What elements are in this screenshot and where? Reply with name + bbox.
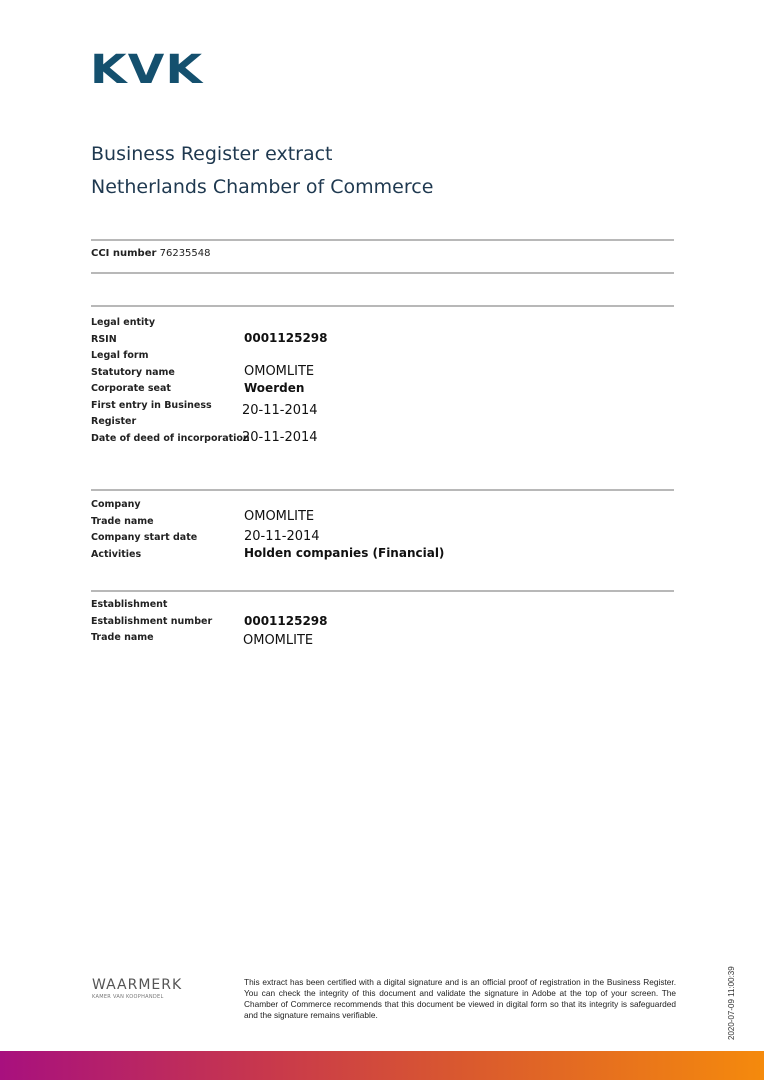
- document-title: Business Register extract: [91, 143, 333, 165]
- establishment-trade-name-value: OMOMLITE: [243, 633, 313, 648]
- company-heading: Company: [91, 499, 141, 511]
- activities-label: Activities: [91, 549, 141, 561]
- rsin-label: RSIN: [91, 334, 117, 346]
- divider: [91, 489, 674, 491]
- waarmerk-logo: WAARMERK: [92, 977, 182, 993]
- cci-value: 76235548: [160, 248, 211, 259]
- certification-disclaimer: This extract has been certified with a d…: [244, 977, 676, 1021]
- deed-value: 20-11-2014: [242, 430, 318, 445]
- establishment-heading: Establishment: [91, 599, 167, 611]
- cci-number: CCI number 76235548: [91, 248, 211, 259]
- waarmerk-subtitle: KAMER VAN KOOPHANDEL: [92, 994, 164, 1000]
- first-entry-label-2: Register: [91, 416, 136, 428]
- establishment-number-label: Establishment number: [91, 616, 212, 628]
- timestamp: 2020-07-09 11:00:39: [727, 966, 736, 1040]
- divider: [91, 239, 674, 241]
- establishment-trade-name-label: Trade name: [91, 632, 154, 644]
- statutory-name-label: Statutory name: [91, 367, 175, 379]
- corporate-seat-value: Woerden: [244, 381, 304, 396]
- deed-label: Date of deed of incorporation: [91, 433, 250, 445]
- trade-name-label: Trade name: [91, 516, 154, 528]
- rsin-value: 0001125298: [244, 331, 328, 346]
- legal-entity-heading: Legal entity: [91, 317, 155, 329]
- corporate-seat-label: Corporate seat: [91, 383, 171, 395]
- first-entry-value: 20-11-2014: [242, 403, 318, 418]
- document-subtitle: Netherlands Chamber of Commerce: [91, 176, 433, 198]
- cci-label: CCI number: [91, 248, 156, 259]
- first-entry-label: First entry in Business: [91, 400, 212, 412]
- divider: [91, 590, 674, 592]
- start-date-value: 20-11-2014: [244, 529, 320, 544]
- statutory-name-value: OMOMLITE: [244, 364, 314, 379]
- establishment-number-value: 0001125298: [244, 614, 328, 629]
- brand-gradient-bar: [0, 1051, 764, 1080]
- divider: [91, 305, 674, 307]
- activities-value: Holden companies (Financial): [244, 546, 444, 561]
- start-date-label: Company start date: [91, 532, 197, 544]
- legal-form-label: Legal form: [91, 350, 149, 362]
- divider: [91, 272, 674, 274]
- kvk-logo: KVK: [90, 50, 203, 90]
- trade-name-value: OMOMLITE: [244, 509, 314, 524]
